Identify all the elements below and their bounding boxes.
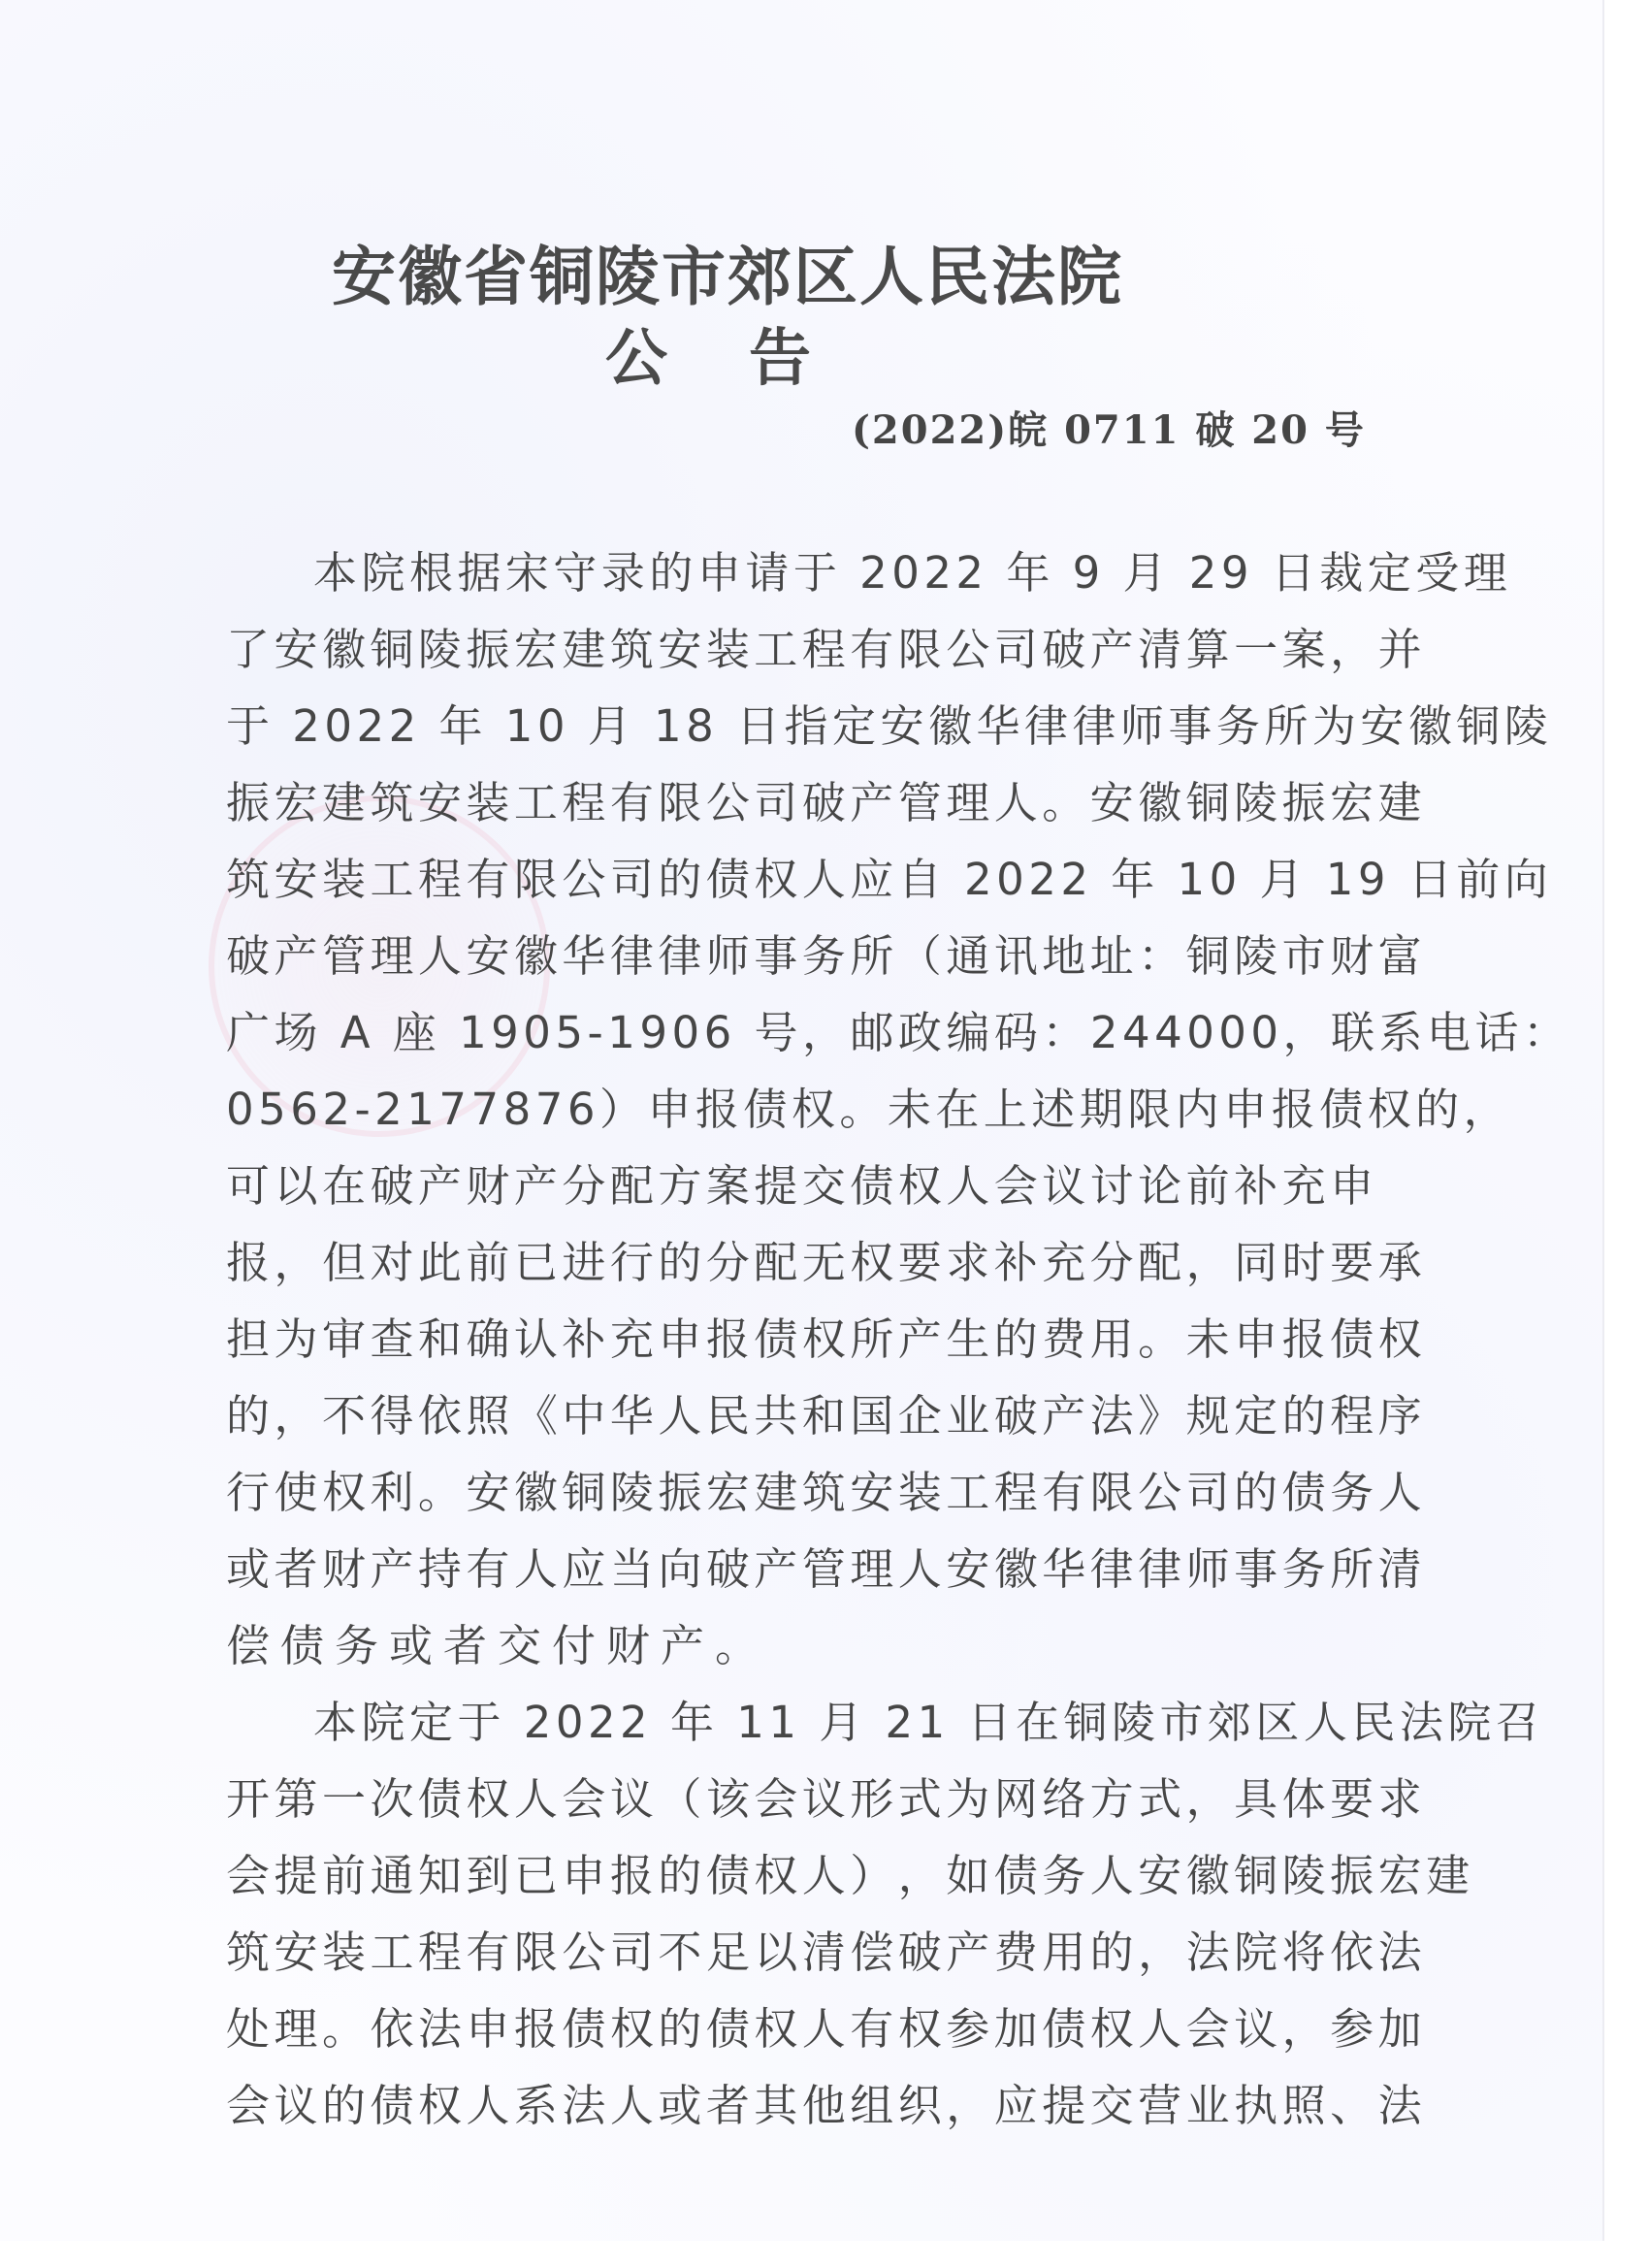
- announcement-body: 本 院 根 据 宋 守 录 的 申 请 于 2 0 2 2 年 9 月 2 9 …: [226, 543, 1337, 2153]
- text-line: 本 院 根 据 宋 守 录 的 申 请 于 2 0 2 2 年 9 月 2 9 …: [226, 543, 1337, 620]
- text-line: 本 院 定 于 2 0 2 2 年 1 1 月 2 1 日 在 铜 陵 市 郊 …: [226, 1693, 1337, 1769]
- text-line: 于 2 0 2 2 年 1 0 月 1 8 日 指 定 安 徽 华 律 律 师 …: [226, 697, 1337, 773]
- text-line: 可 以 在 破 产 财 产 分 配 方 案 提 交 债 权 人 会 议 讨 论 …: [226, 1156, 1337, 1233]
- document-type-char: 公: [605, 308, 667, 398]
- text-line: 或 者 财 产 持 有 人 应 当 向 破 产 管 理 人 安 徽 华 律 律 …: [226, 1539, 1337, 1616]
- text-line: 振 宏 建 筑 安 装 工 程 有 限 公 司 破 产 管 理 人 。 安 徽 …: [226, 773, 1337, 850]
- text-line: 会 议 的 债 权 人 系 法 人 或 者 其 他 组 织 ， 应 提 交 营 …: [226, 2076, 1337, 2153]
- text-line: 行 使 权 利 。 安 徽 铜 陵 振 宏 建 筑 安 装 工 程 有 限 公 …: [226, 1463, 1337, 1539]
- document-type-heading: 公告: [0, 308, 1649, 398]
- page-edge-bottom: [0, 2241, 1649, 2268]
- text-line: 担 为 审 查 和 确 认 补 充 申 报 债 权 所 产 生 的 费 用 。 …: [226, 1310, 1337, 1386]
- text-line: 筑 安 装 工 程 有 限 公 司 的 债 权 人 应 自 2 0 2 2 年 …: [226, 850, 1337, 926]
- text-line: 处 理 。 依 法 申 报 债 权 的 债 权 人 有 权 参 加 债 权 人 …: [226, 1999, 1337, 2076]
- text-line: 破 产 管 理 人 安 徽 华 律 律 师 事 务 所 （ 通 讯 地 址 ： …: [226, 926, 1337, 1003]
- text-line: 偿债务或者交付财产。: [226, 1616, 1337, 1693]
- text-line: 0 5 6 2 - 2 1 7 7 8 7 6 ） 申 报 债 权 。 未 在 …: [226, 1080, 1337, 1156]
- document-type-char: 告: [749, 308, 811, 398]
- paragraph-2: 本 院 定 于 2 0 2 2 年 1 1 月 2 1 日 在 铜 陵 市 郊 …: [226, 1693, 1337, 2153]
- text-line: 开 第 一 次 债 权 人 会 议 （ 该 会 议 形 式 为 网 络 方 式 …: [226, 1769, 1337, 1846]
- paragraph-1: 本 院 根 据 宋 守 录 的 申 请 于 2 0 2 2 年 9 月 2 9 …: [226, 543, 1337, 1693]
- text-line: 了 安 徽 铜 陵 振 宏 建 筑 安 装 工 程 有 限 公 司 破 产 清 …: [226, 620, 1337, 697]
- text-line: 的 ， 不 得 依 照 《 中 华 人 民 共 和 国 企 业 破 产 法 》 …: [226, 1386, 1337, 1463]
- text-line: 筑 安 装 工 程 有 限 公 司 不 足 以 清 偿 破 产 费 用 的 ， …: [226, 1923, 1337, 1999]
- text-line: 广 场 A 座 1 9 0 5 - 1 9 0 6 号 ， 邮 政 编 码 ： …: [226, 1003, 1337, 1080]
- text-line: 报 ， 但 对 此 前 已 进 行 的 分 配 无 权 要 求 补 充 分 配 …: [226, 1233, 1337, 1310]
- text-line: 会 提 前 通 知 到 已 申 报 的 债 权 人 ） ， 如 债 务 人 安 …: [226, 1846, 1337, 1923]
- court-name-heading: 安徽省铜陵市郊区人民法院: [0, 225, 1649, 317]
- case-number: (2022)皖 0711 破 20 号: [852, 400, 1366, 455]
